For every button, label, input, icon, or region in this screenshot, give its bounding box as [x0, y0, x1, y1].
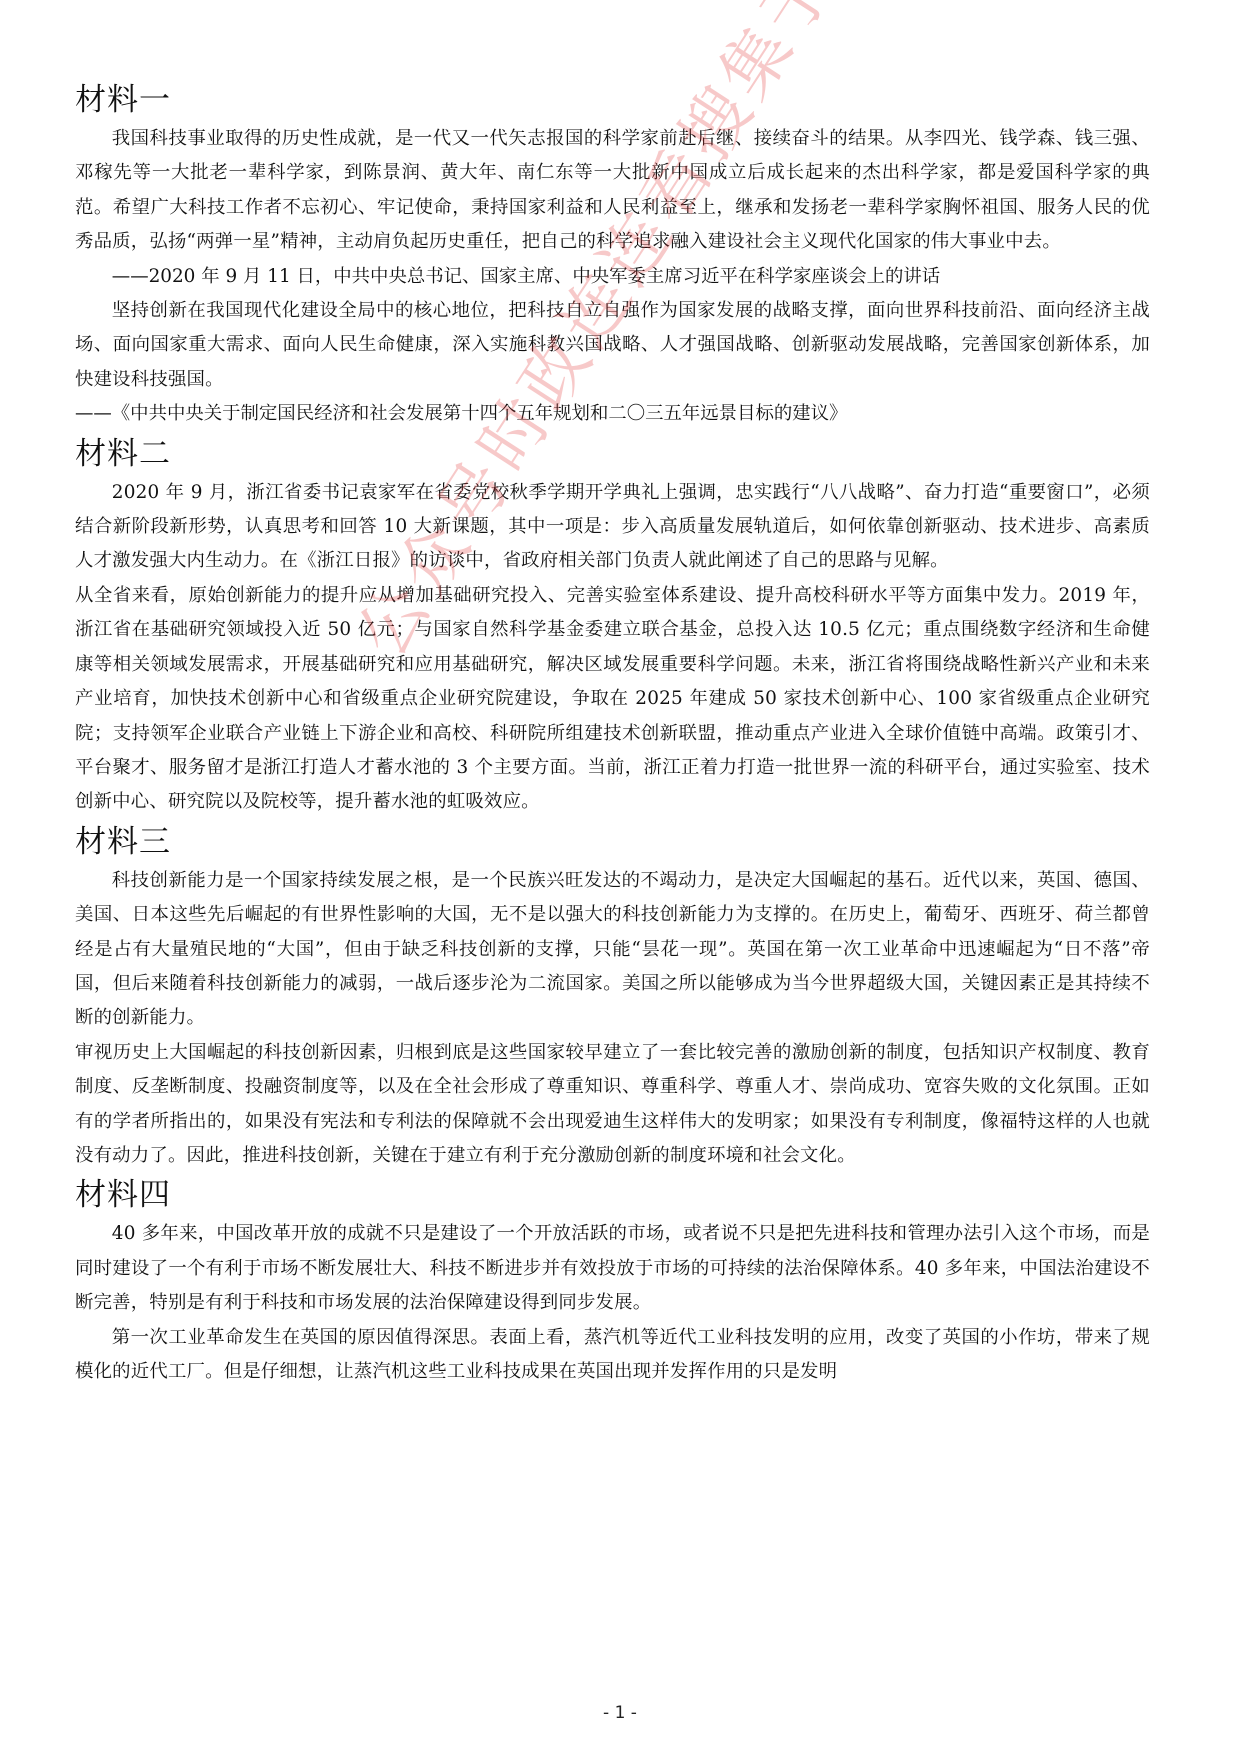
document-page: 材料一 我国科技事业取得的历史性成就，是一代又一代矢志报国的科学家前赴后继、接续…	[0, 0, 1240, 1754]
section-title: 材料一	[75, 78, 1150, 122]
body-paragraph: 审视历史上大国崛起的科技创新因素，归根到底是这些国家较早建立了一套比较完善的激励…	[75, 1036, 1150, 1174]
body-paragraph: 我国科技事业取得的历史性成就，是一代又一代矢志报国的科学家前赴后继、接续奋斗的结…	[75, 122, 1150, 260]
body-paragraph: 从全省来看，原始创新能力的提升应从增加基础研究投入、完善实验室体系建设、提升高校…	[75, 579, 1150, 820]
section-title: 材料二	[75, 432, 1150, 476]
body-paragraph: 第一次工业革命发生在英国的原因值得深思。表面上看，蒸汽机等近代工业科技发明的应用…	[75, 1321, 1150, 1390]
section-material-3: 材料三 科技创新能力是一个国家持续发展之根，是一个民族兴旺发达的不竭动力，是决定…	[75, 820, 1150, 1174]
section-title: 材料三	[75, 820, 1150, 864]
citation: ——《中共中央关于制定国民经济和社会发展第十四个五年规划和二〇三五年远景目标的建…	[75, 397, 1150, 431]
section-title: 材料四	[75, 1173, 1150, 1217]
body-paragraph: 科技创新能力是一个国家持续发展之根，是一个民族兴旺发达的不竭动力，是决定大国崛起…	[75, 864, 1150, 1036]
document-body: 材料一 我国科技事业取得的历史性成就，是一代又一代矢志报国的科学家前赴后继、接续…	[75, 78, 1150, 1389]
body-paragraph: 坚持创新在我国现代化建设全局中的核心地位，把科技自立自强作为国家发展的战略支撑，…	[75, 294, 1150, 397]
citation: ——2020 年 9 月 11 日，中共中央总书记、国家主席、中央军委主席习近平…	[75, 260, 1150, 294]
section-material-4: 材料四 40 多年来，中国改革开放的成就不只是建设了一个开放活跃的市场，或者说不…	[75, 1173, 1150, 1389]
body-paragraph: 40 多年来，中国改革开放的成就不只是建设了一个开放活跃的市场，或者说不只是把先…	[75, 1217, 1150, 1320]
section-material-2: 材料二 2020 年 9 月，浙江省委书记袁家军在省委党校秋季学期开学典礼上强调…	[75, 432, 1150, 820]
page-number: - 1 -	[0, 1703, 1240, 1723]
body-paragraph: 2020 年 9 月，浙江省委书记袁家军在省委党校秋季学期开学典礼上强调，忠实践…	[75, 476, 1150, 579]
section-material-1: 材料一 我国科技事业取得的历史性成就，是一代又一代矢志报国的科学家前赴后继、接续…	[75, 78, 1150, 432]
